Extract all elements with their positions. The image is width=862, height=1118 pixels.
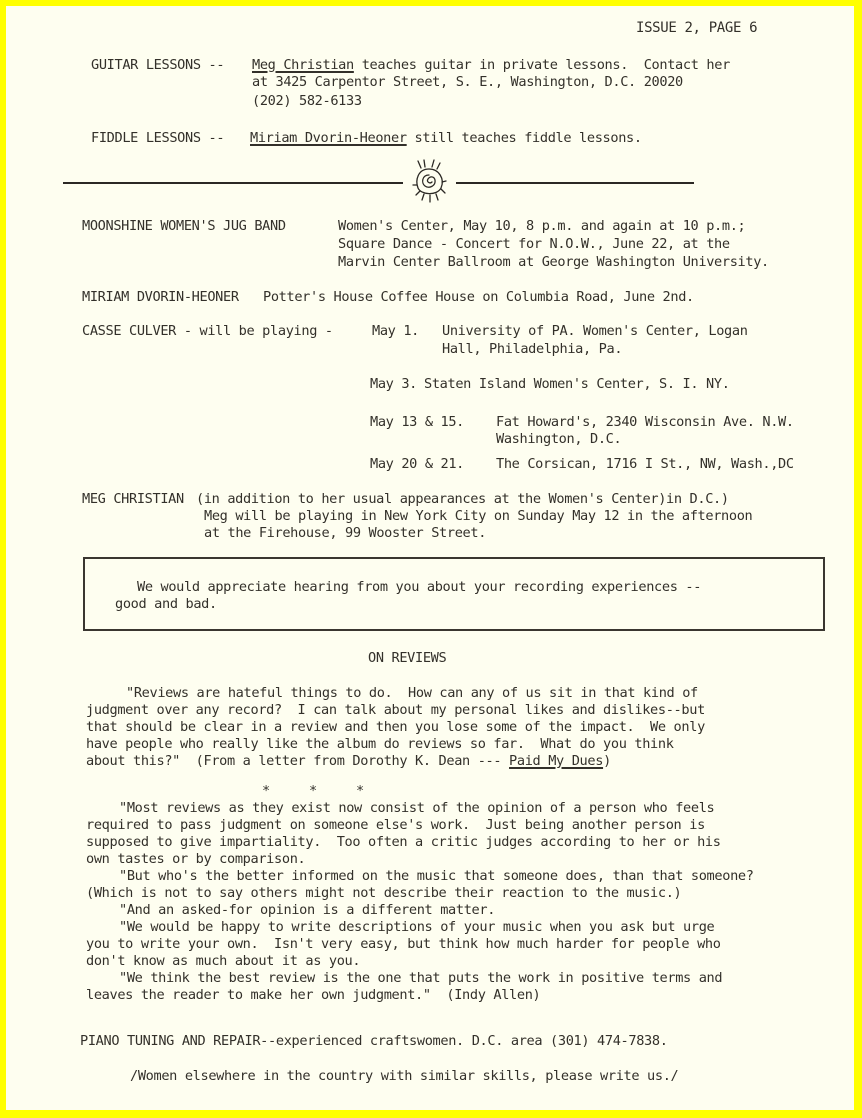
event-date: May 1. [372, 323, 419, 340]
guitar-lessons-text: teaches guitar in private lessons. Conta… [354, 57, 730, 73]
event-detail-line: The Corsican, 1716 I St., NW, Wash.,DC [496, 456, 794, 473]
quote-line: "But who's the better informed on the mu… [119, 868, 754, 885]
quote-line: have people who really like the album do… [86, 736, 674, 753]
performer-name: MIRIAM DVORIN-HEONER [82, 289, 239, 306]
fiddle-lessons-line: Miriam Dvorin-Heoner still teaches fiddl… [250, 130, 642, 147]
performer-name: MOONSHINE WOMEN'S JUG BAND [82, 218, 286, 235]
quote-line: "We think the best review is the one tha… [119, 970, 722, 987]
quote-line: don't know as much about it as you. [86, 953, 360, 970]
quote-line: judgment over any record? I can talk abo… [86, 702, 705, 719]
quote-line: supposed to give impartiality. Too often… [86, 834, 721, 851]
section-separator: * * * [262, 783, 364, 800]
quote-line: about this?" (From a letter from Dorothy… [86, 753, 611, 770]
quote-text: ) [603, 753, 611, 769]
event-date: May 3. [370, 376, 417, 393]
quote-line: "And an asked-for opinion is a different… [119, 902, 495, 919]
fiddle-lessons-text: still teaches fiddle lessons. [407, 130, 642, 146]
performer-name: CASSE CULVER - will be playing - [82, 323, 333, 340]
event-detail-line: Meg will be playing in New York City on … [204, 508, 752, 525]
guitar-lessons-phone: (202) 582-6133 [252, 93, 362, 110]
guitar-teacher-name: Meg Christian [252, 57, 354, 73]
newsletter-page: ISSUE 2, PAGE 6 GUITAR LESSONS -- Meg Ch… [6, 6, 854, 1110]
event-detail-line: Square Dance - Concert for N.O.W., June … [338, 236, 730, 253]
quote-text: about this?" (From a letter from Dorothy… [86, 753, 509, 769]
notice-box: We would appreciate hearing from you abo… [83, 557, 825, 631]
fiddle-teacher-name: Miriam Dvorin-Heoner [250, 130, 407, 146]
event-detail-line: Hall, Philadelphia, Pa. [442, 341, 622, 358]
rose-ornament-icon [408, 158, 450, 208]
quote-line: "Most reviews as they exist now consist … [119, 800, 714, 817]
section-divider-right [456, 182, 694, 184]
event-detail-line: Washington, D.C. [496, 431, 621, 448]
event-date: May 20 & 21. [370, 456, 464, 473]
event-detail-line: Women's Center, May 10, 8 p.m. and again… [338, 218, 745, 235]
event-detail-line: (in addition to her usual appearances at… [196, 491, 729, 508]
quote-line: leaves the reader to make her own judgme… [86, 987, 540, 1004]
fiddle-lessons-label: FIDDLE LESSONS -- [91, 130, 224, 147]
quote-line: that should be clear in a review and the… [86, 719, 705, 736]
event-date: May 13 & 15. [370, 414, 464, 431]
issue-page-label: ISSUE 2, PAGE 6 [636, 20, 757, 37]
event-detail-line: Potter's House Coffee House on Columbia … [263, 289, 694, 306]
event-detail-line: Marvin Center Ballroom at George Washing… [338, 254, 769, 271]
event-detail-line: University of PA. Women's Center, Logan [442, 323, 748, 340]
event-detail-line: Fat Howard's, 2340 Wisconsin Ave. N.W. [496, 414, 794, 431]
guitar-lessons-label: GUITAR LESSONS -- [91, 57, 224, 74]
piano-tuning-ad: PIANO TUNING AND REPAIR--experienced cra… [80, 1033, 668, 1050]
quote-line: "We would be happy to write descriptions… [119, 919, 714, 936]
guitar-lessons-line1: Meg Christian teaches guitar in private … [252, 57, 730, 74]
quote-line: (Which is not to say others might not de… [86, 885, 681, 902]
album-title: Paid My Dues [509, 753, 603, 769]
section-divider-left [63, 182, 403, 184]
quote-line: you to write your own. Isn't very easy, … [86, 936, 721, 953]
quote-line: required to pass judgment on someone els… [86, 817, 705, 834]
notice-line: good and bad. [115, 596, 217, 613]
event-detail-line: Staten Island Women's Center, S. I. NY. [424, 376, 730, 393]
quote-line: "Reviews are hateful things to do. How c… [126, 685, 698, 702]
event-detail-line: at the Firehouse, 99 Wooster Street. [204, 525, 486, 542]
classified-note: /Women elsewhere in the country with sim… [130, 1068, 678, 1085]
quote-line: own tastes or by comparison. [86, 851, 305, 868]
section-title: ON REVIEWS [368, 650, 446, 667]
notice-line: We would appreciate hearing from you abo… [137, 579, 701, 596]
performer-name: MEG CHRISTIAN [82, 491, 184, 508]
guitar-lessons-address: at 3425 Carpentor Street, S. E., Washing… [252, 74, 683, 91]
